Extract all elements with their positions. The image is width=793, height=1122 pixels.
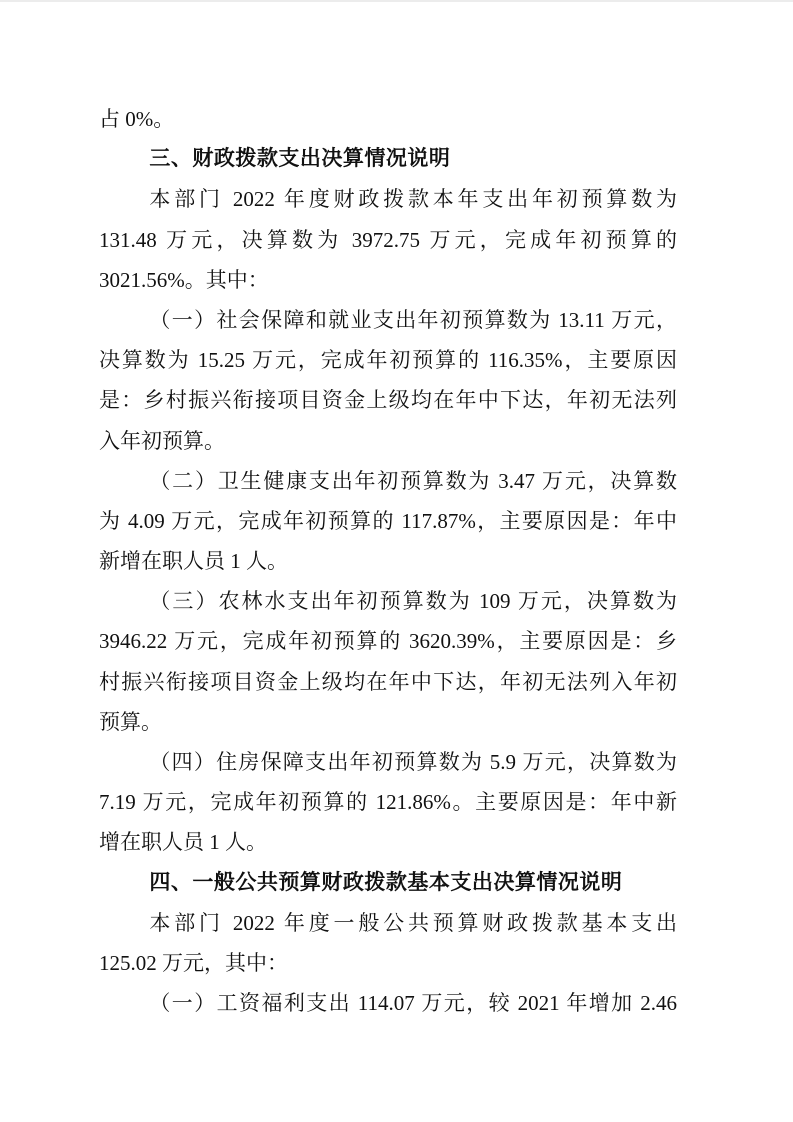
text-line: 3946.22 万元，完成年初预算的 3620.39%，主要原因是：乡 xyxy=(99,621,677,661)
section-heading: 四、一般公共预算财政拨款基本支出决算情况说明 xyxy=(99,863,677,903)
text-line: 预算。 xyxy=(99,702,677,742)
text-line: 7.19 万元，完成年初预算的 121.86%。主要原因是：年中新 xyxy=(99,782,677,822)
text-line: 125.02 万元，其中： xyxy=(99,943,677,983)
text-line: 新增在职人员 1 人。 xyxy=(99,541,677,581)
text-line: 为 4.09 万元，完成年初预算的 117.87%，主要原因是：年中 xyxy=(99,501,677,541)
text-line: （一）社会保障和就业支出年初预算数为 13.11 万元， xyxy=(99,300,677,340)
document-page: 占 0%。三、财政拨款支出决算情况说明本部门 2022 年度财政拨款本年支出年初… xyxy=(0,0,793,1122)
text-line: （三）农林水支出年初预算数为 109 万元，决算数为 xyxy=(99,581,677,621)
text-line: 3021.56%。其中： xyxy=(99,260,677,300)
text-line: 村振兴衔接项目资金上级均在年中下达，年初无法列入年初 xyxy=(99,662,677,702)
text-line: （四）住房保障支出年初预算数为 5.9 万元，决算数为 xyxy=(99,742,677,782)
text-line: 是：乡村振兴衔接项目资金上级均在年中下达，年初无法列 xyxy=(99,380,677,420)
section-heading: 三、财政拨款支出决算情况说明 xyxy=(99,139,677,179)
text-line: 入年初预算。 xyxy=(99,421,677,461)
text-line: 本部门 2022 年度财政拨款本年支出年初预算数为 xyxy=(99,179,677,219)
text-line: 占 0%。 xyxy=(99,99,677,139)
text-line: 增在职人员 1 人。 xyxy=(99,822,677,862)
document-body: 占 0%。三、财政拨款支出决算情况说明本部门 2022 年度财政拨款本年支出年初… xyxy=(99,99,677,1023)
text-line: 131.48 万元，决算数为 3972.75 万元，完成年初预算的 xyxy=(99,220,677,260)
text-line: （一）工资福利支出 114.07 万元，较 2021 年增加 2.46 xyxy=(99,983,677,1023)
text-line: 本部门 2022 年度一般公共预算财政拨款基本支出 xyxy=(99,903,677,943)
text-line: （二）卫生健康支出年初预算数为 3.47 万元，决算数 xyxy=(99,461,677,501)
text-line: 决算数为 15.25 万元，完成年初预算的 116.35%，主要原因 xyxy=(99,340,677,380)
